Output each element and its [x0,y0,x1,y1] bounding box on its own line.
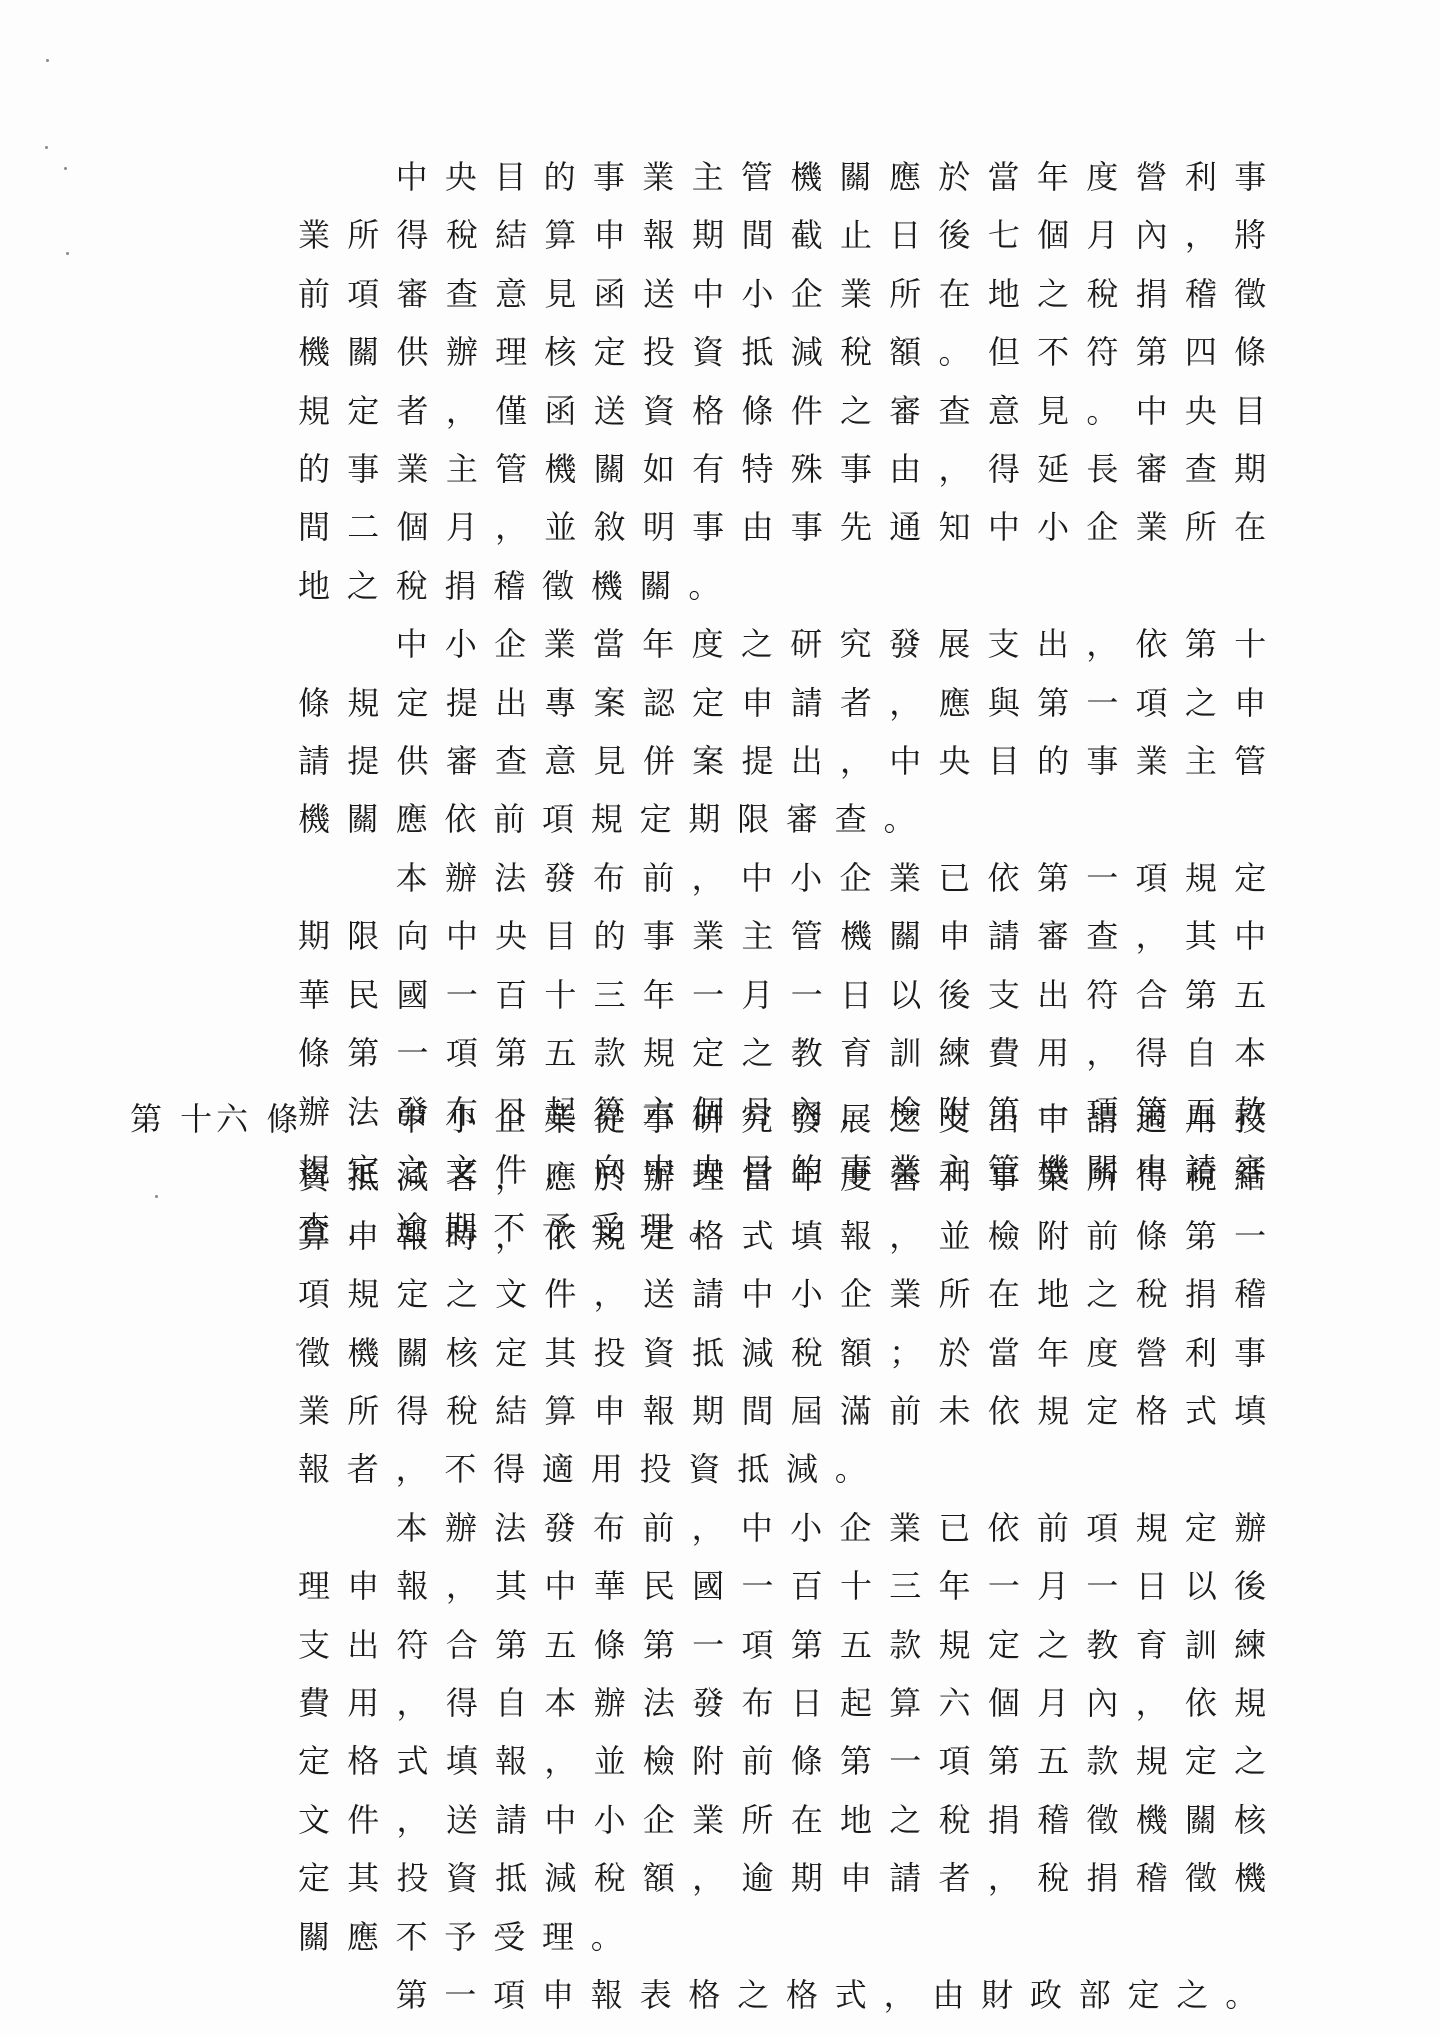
scanned-page: 中央目的事業主管機關應於當年度營利事業所得稅結算申報期間截止日後七個月內，將前項… [0,0,1440,2037]
article-16-paragraph-1: 中小企業從事研究發展之支出申請適用投資抵減者，應於辦理當年度營利事業所得稅結算申… [298,1090,1283,1499]
scan-speck [64,167,67,170]
paragraph-rd-project-application: 中小企業當年度之研究發展支出，依第十條規定提出專案認定申請者，應與第一項之申請提… [298,615,1283,849]
scan-speck [155,1195,158,1198]
scan-speck [46,59,49,62]
article-16-body: 中小企業從事研究發展之支出申請適用投資抵減者，應於辦理當年度營利事業所得稅結算申… [298,1090,1283,2025]
scan-speck [45,146,48,149]
paragraph-review-deadline: 中央目的事業主管機關應於當年度營利事業所得稅結算申報期間截止日後七個月內，將前項… [298,148,1283,615]
article-16-paragraph-2: 本辦法發布前，中小企業已依前項規定辦理申報，其中華民國一百十三年一月一日以後支出… [298,1499,1283,1966]
article-label: 第 十六 條 [130,1090,302,1148]
scan-speck [66,252,69,255]
article-16-paragraph-3: 第一項申報表格之格式，由財政部定之。 [298,1966,1283,2024]
